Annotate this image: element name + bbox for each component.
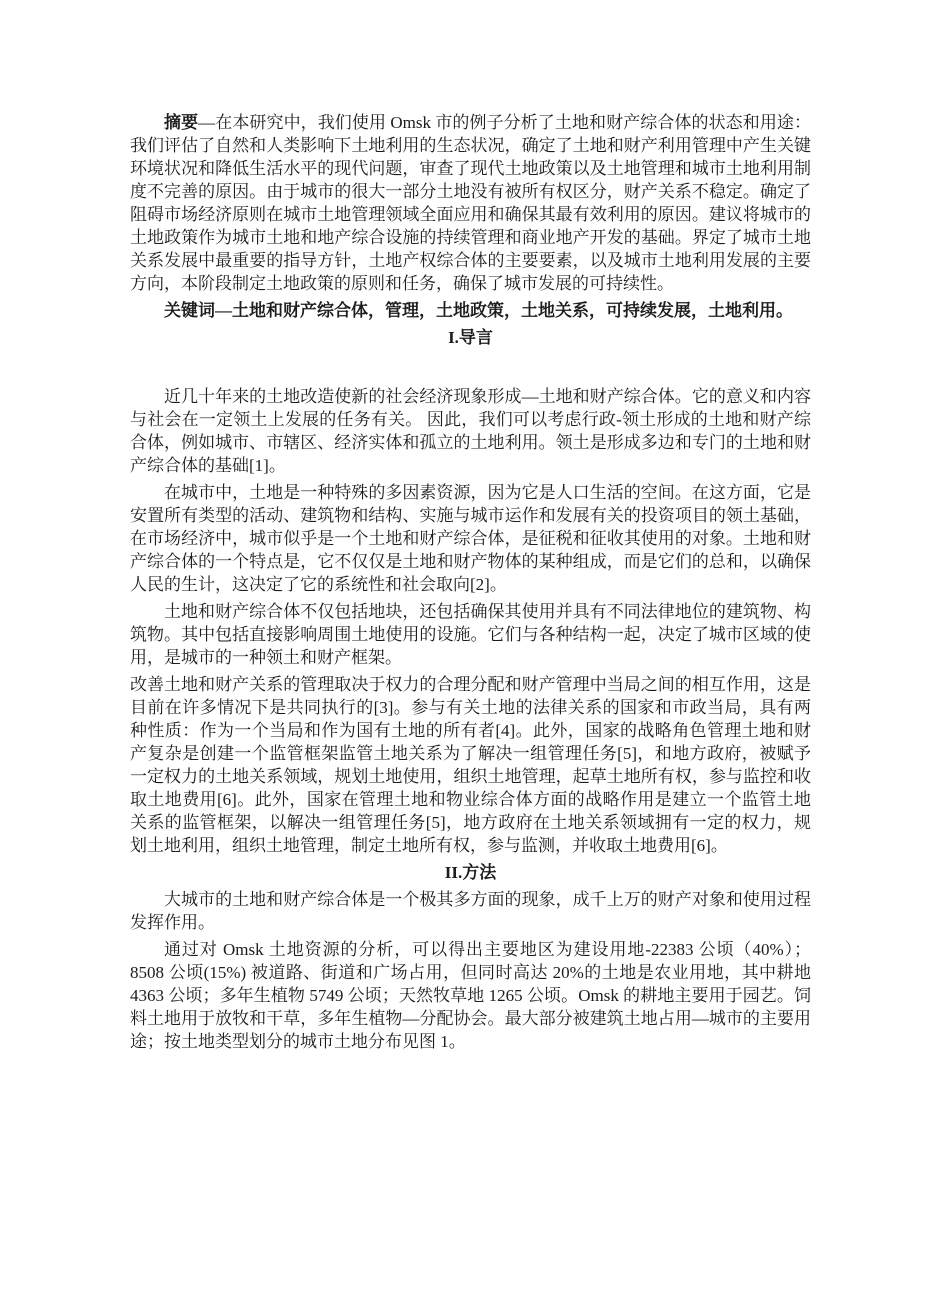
- document-page: 摘要—在本研究中，我们使用 Omsk 市的例子分析了土地和财产综合体的状态和用途…: [0, 0, 926, 1309]
- document-content: 摘要—在本研究中，我们使用 Omsk 市的例子分析了土地和财产综合体的状态和用途…: [130, 111, 811, 1057]
- intro-paragraph-4: 改善土地和财产关系的管理取决于权力的合理分配和财产管理中当局之间的相互作用，这是…: [130, 673, 811, 857]
- section-heading-method: II.方法: [130, 861, 811, 884]
- abstract-label: 摘要: [164, 113, 198, 132]
- intro-paragraph-2: 在城市中，土地是一种特殊的多因素资源，因为它是人口生活的空间。在这方面，它是安置…: [130, 481, 811, 596]
- intro-paragraph-3: 土地和财产综合体不仅包括地块，还包括确保其使用并具有不同法律地位的建筑物、构筑物…: [130, 600, 811, 669]
- abstract-text: —在本研究中，我们使用 Omsk 市的例子分析了土地和财产综合体的状态和用途：我…: [130, 113, 811, 293]
- intro-paragraph-1: 近几十年来的土地改造使新的社会经济现象形成—土地和财产综合体。它的意义和内容与社…: [130, 385, 811, 477]
- method-paragraph-1: 大城市的土地和财产综合体是一个极其多方面的现象，成千上万的财产对象和使用过程发挥…: [130, 888, 811, 934]
- method-paragraph-2: 通过对 Omsk 土地资源的分析，可以得出主要地区为建设用地-22383 公顷（…: [130, 938, 811, 1053]
- section-heading-introduction: I.导言: [130, 326, 811, 349]
- keywords-line: 关键词—土地和财产综合体，管理，土地政策，土地关系，可持续发展，土地利用。: [130, 299, 811, 322]
- abstract-paragraph: 摘要—在本研究中，我们使用 Omsk 市的例子分析了土地和财产综合体的状态和用途…: [130, 111, 811, 295]
